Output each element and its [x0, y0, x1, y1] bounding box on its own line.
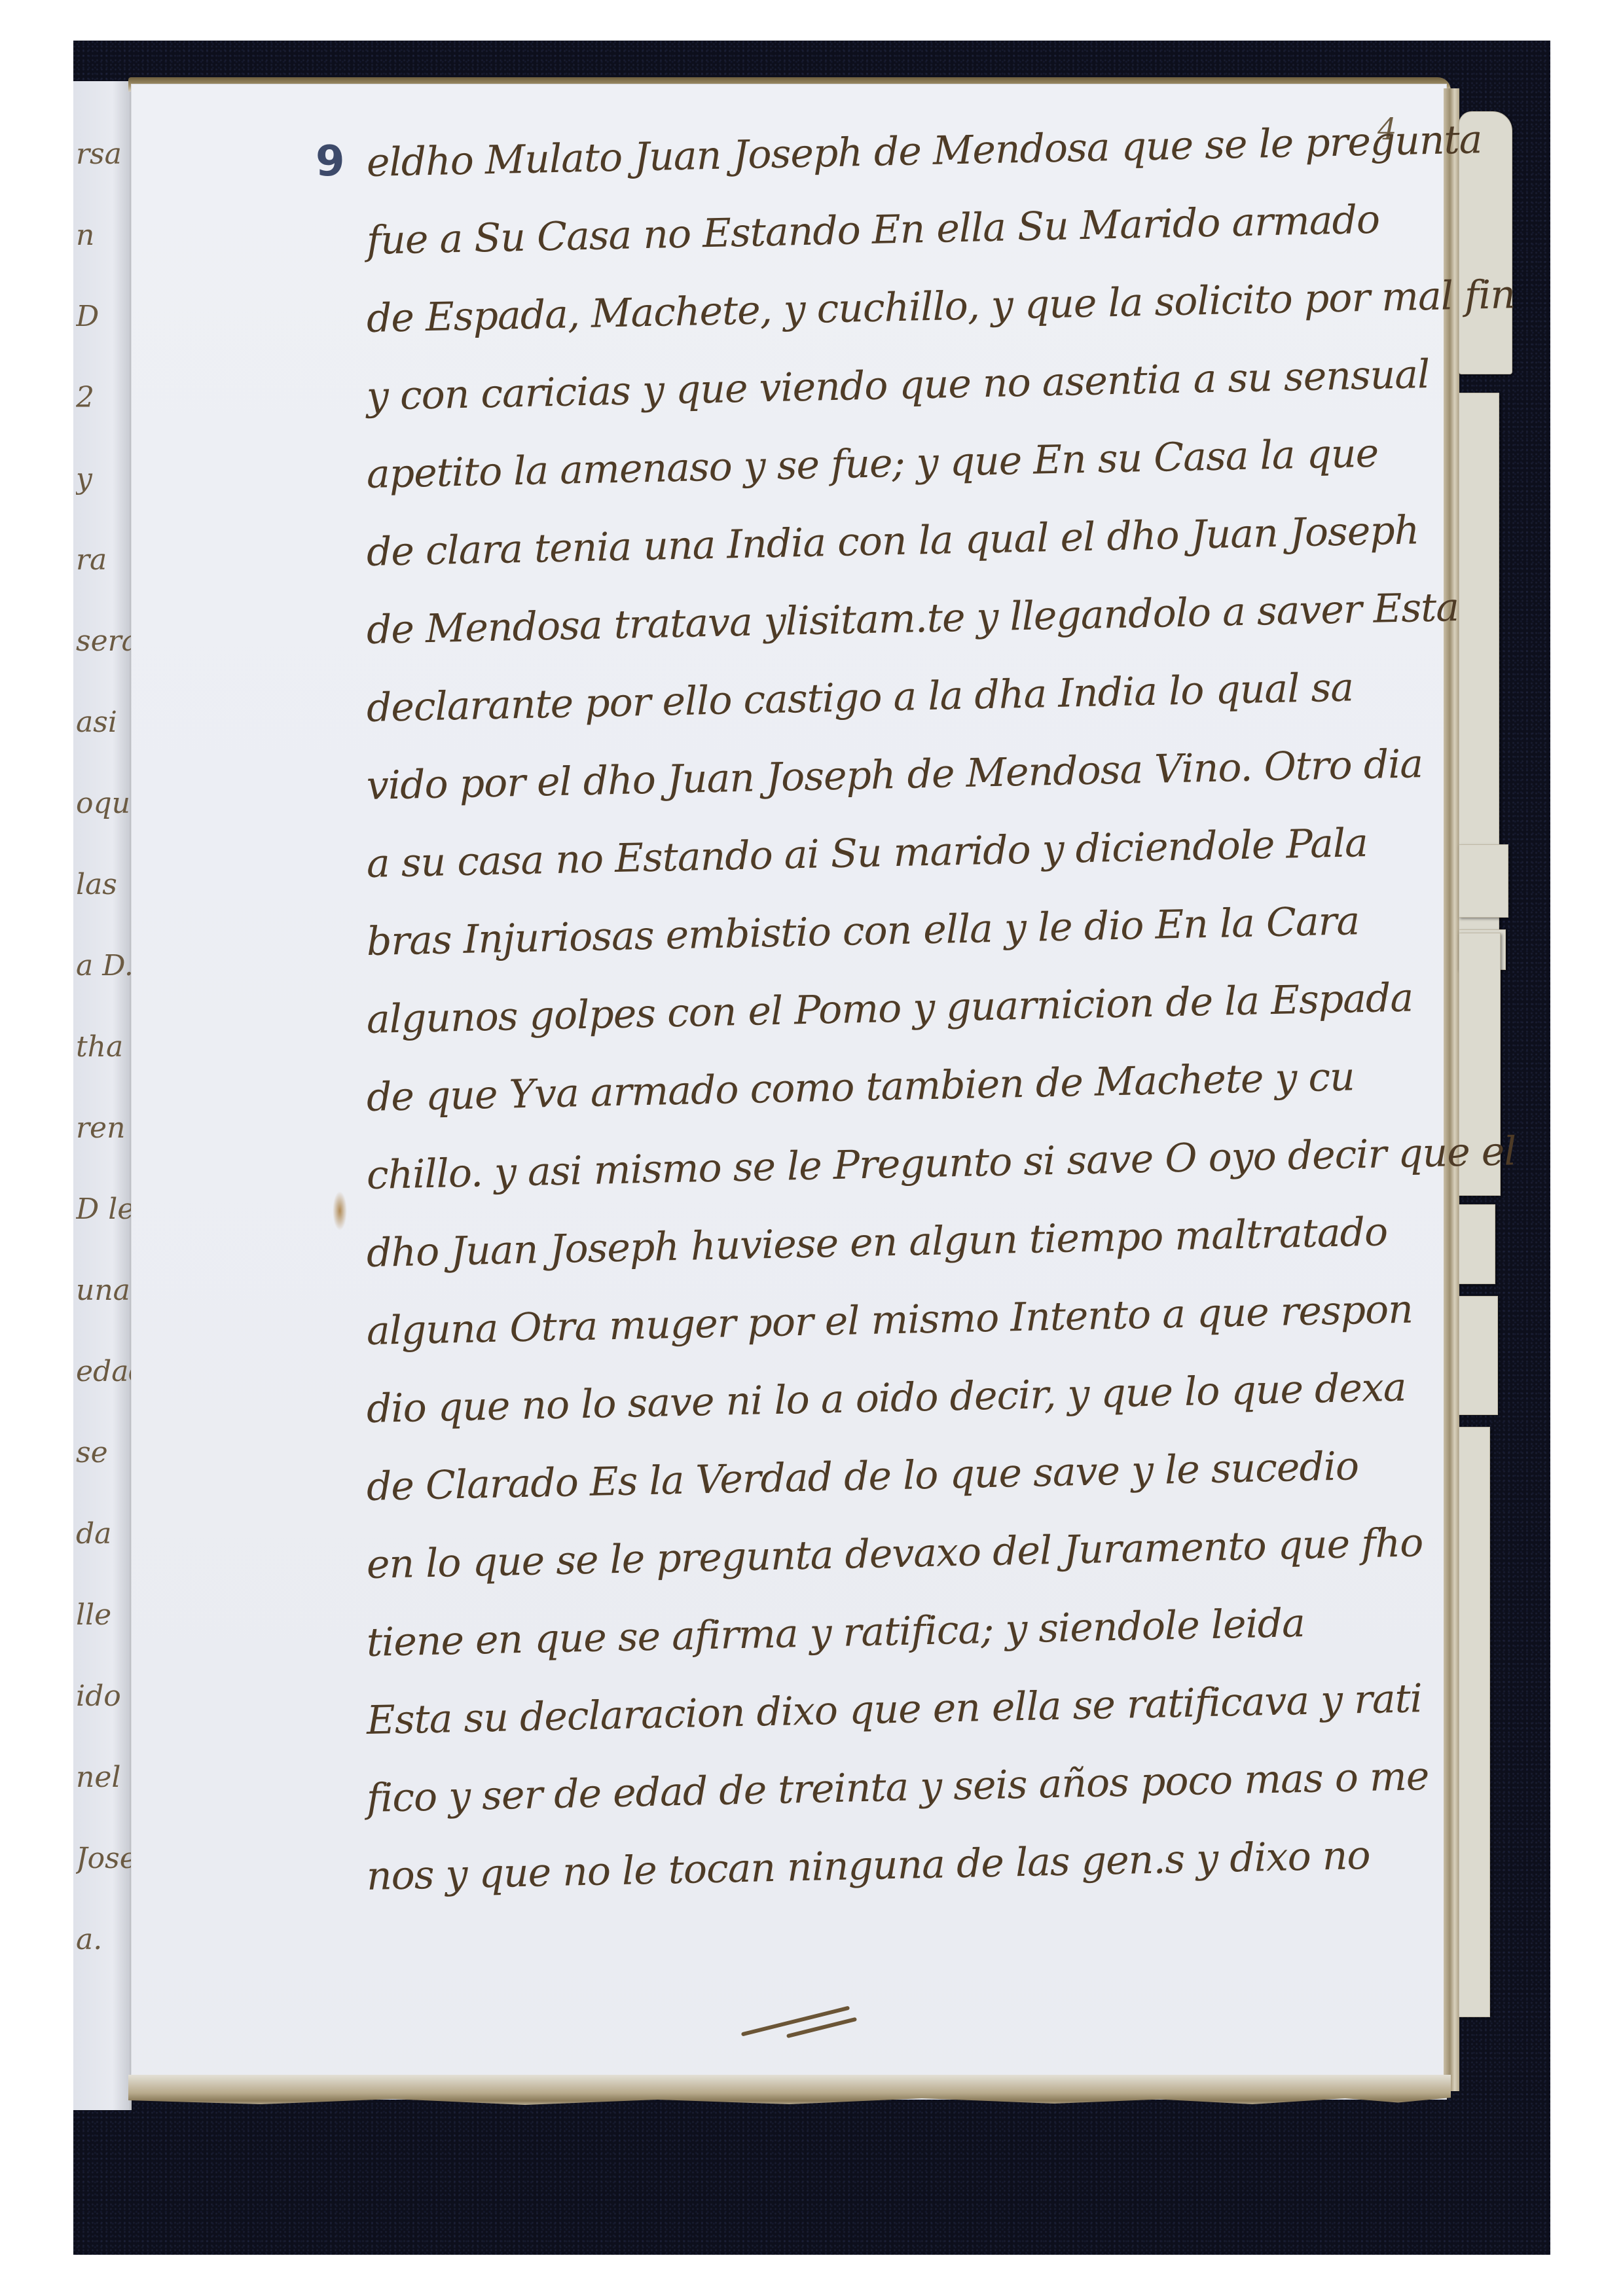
facing-page-fragment: ren [76, 1111, 132, 1145]
torn-flap [1459, 1296, 1498, 1415]
facing-page-fragment: nel [76, 1761, 132, 1794]
facing-page-fragment: las [76, 868, 132, 901]
torn-flap [1459, 1204, 1495, 1284]
torn-flap [1459, 844, 1508, 918]
facing-page-fragment: se [76, 1436, 132, 1469]
ink-stain [333, 1191, 347, 1230]
facing-page-fragment: D [76, 300, 132, 333]
torn-flap [1459, 1427, 1490, 2017]
facing-page-fragment: a. [76, 1923, 132, 1956]
page-right-edge [1444, 88, 1459, 2091]
facing-page-fragment: a D. [76, 949, 132, 982]
facing-page-fragment: rsa [76, 137, 132, 171]
facing-page-fragment: D les [76, 1193, 132, 1226]
facing-page-fragment: oqu [76, 787, 132, 820]
facing-page-fragment: Josep [76, 1842, 132, 1875]
manuscript-text-block: eldho Mulato Juan Joseph de Mendosa que … [367, 124, 1440, 1916]
facing-page-fragment: y [76, 462, 132, 495]
facing-page-fragment: ra [76, 543, 132, 577]
facing-page-fragment: sera [76, 624, 132, 658]
facing-page-fragment: 2 [76, 381, 132, 414]
folio-number-pencil: 9 [316, 137, 345, 186]
facing-page-fragment: da [76, 1517, 132, 1551]
facing-page-fragment: asi [76, 706, 132, 739]
facing-page-fragment: una [76, 1274, 132, 1307]
facing-page-fragment: lle [76, 1598, 132, 1632]
facing-page-fragment: ido [76, 1679, 132, 1713]
facing-page-fragment: edad [76, 1355, 132, 1388]
facing-page-fragment: tha [76, 1030, 132, 1064]
facing-page-fragment: n [76, 219, 132, 252]
